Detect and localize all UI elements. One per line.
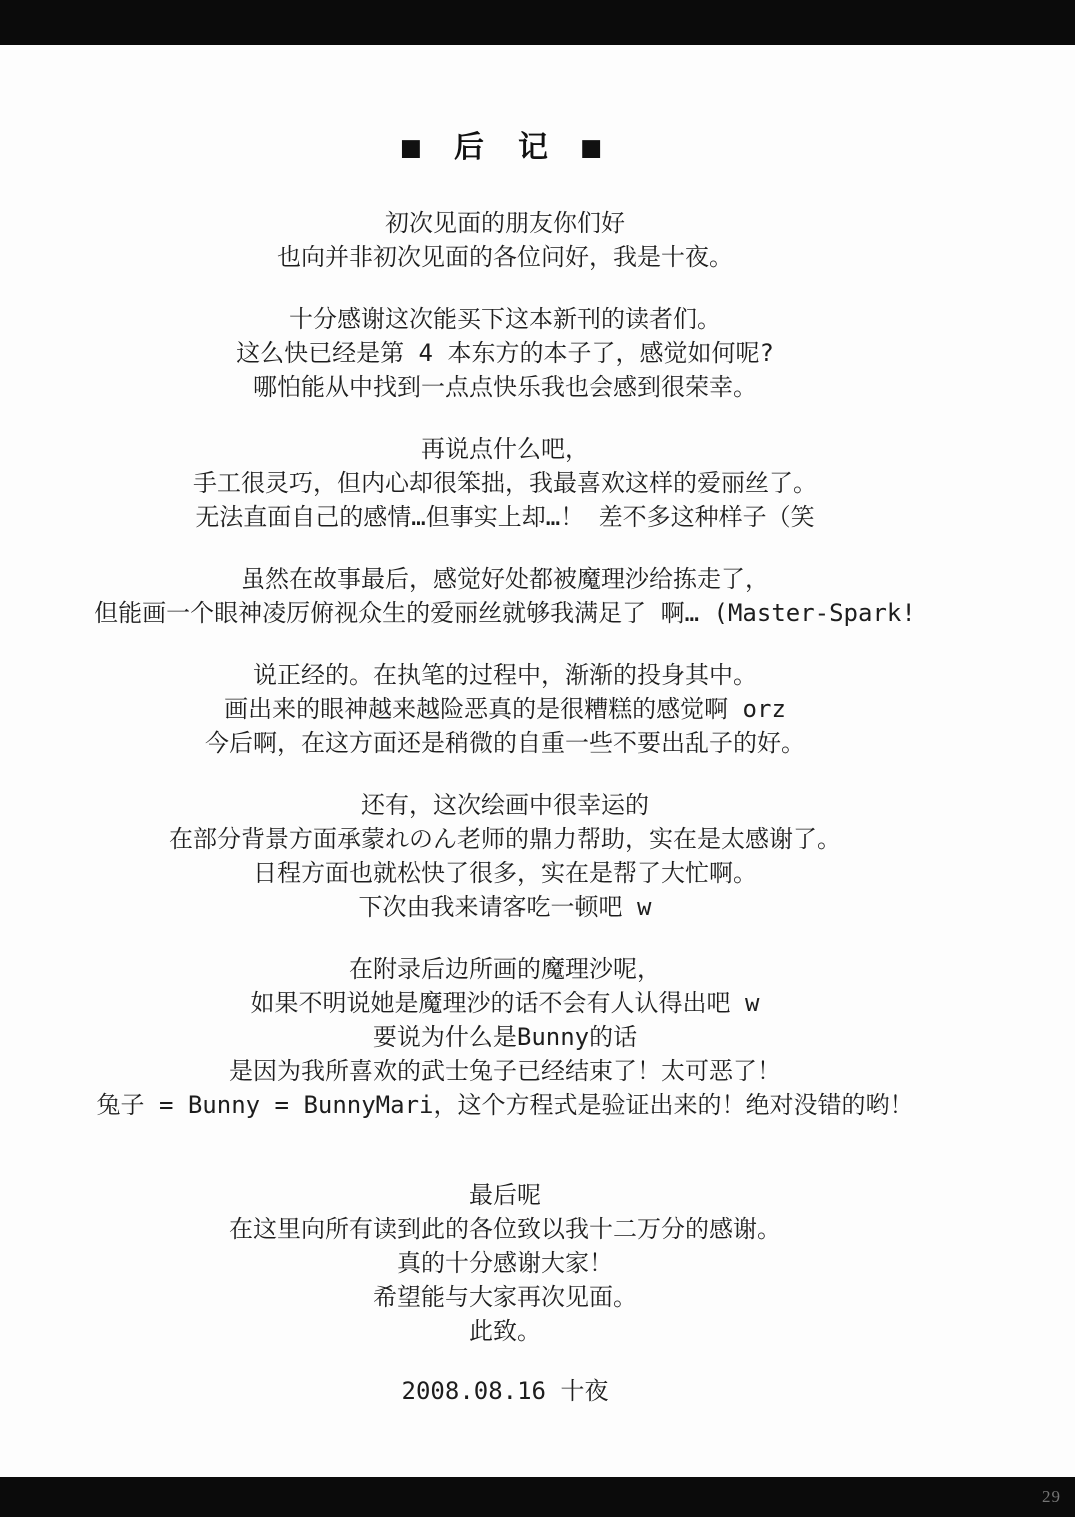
paragraph-bunny: 在附录后边所画的魔理沙呢， 如果不明说她是魔理沙的话不会有人认得出吧 w 要说为… <box>0 952 1010 1122</box>
paragraph-thanks: 十分感谢这次能买下这本新刊的读者们。 这么快已经是第 4 本东方的本子了，感觉如… <box>0 302 1010 404</box>
paragraph-farewell: 最后呢 在这里向所有读到此的各位致以我十二万分的感谢。 真的十分感谢大家！ 希望… <box>0 1178 1010 1348</box>
text-line: 再说点什么吧， <box>0 432 1010 466</box>
text-line: 初次见面的朋友你们好 <box>0 206 1010 240</box>
text-line: 手工很灵巧，但内心却很笨拙，我最喜欢这样的爱丽丝了。 <box>0 466 1010 500</box>
text-line: 真的十分感谢大家！ <box>0 1246 1010 1280</box>
text-line: 今后啊，在这方面还是稍微的自重一些不要出乱子的好。 <box>0 726 1010 760</box>
text-line: 在这里向所有读到此的各位致以我十二万分的感谢。 <box>0 1212 1010 1246</box>
text-line: 无法直面自己的感情…但事实上却…！ 差不多这种样子（笑 <box>0 500 1010 534</box>
text-line: 兔子 = Bunny = BunnyMari，这个方程式是验证出来的！绝对没错的… <box>0 1088 1010 1122</box>
text-line: 此致。 <box>0 1314 1010 1348</box>
text-line: 十分感谢这次能买下这本新刊的读者们。 <box>0 302 1010 336</box>
text-line: 希望能与大家再次见面。 <box>0 1280 1010 1314</box>
afterword-text-block: ■ 后 记 ■ 初次见面的朋友你们好 也向并非初次见面的各位问好，我是十夜。 十… <box>0 128 1010 1408</box>
scanned-afterword-page: ■ 后 记 ■ 初次见面的朋友你们好 也向并非初次见面的各位问好，我是十夜。 十… <box>0 0 1075 1517</box>
paragraph-greeting: 初次见面的朋友你们好 也向并非初次见面的各位问好，我是十夜。 <box>0 206 1010 274</box>
paragraph-serious: 说正经的。在执笔的过程中，渐渐的投身其中。 画出来的眼神越来越险恶真的是很糟糕的… <box>0 658 1010 760</box>
paragraph-background-help: 还有，这次绘画中很幸运的 在部分背景方面承蒙れのん老师的鼎力帮助，实在是太感谢了… <box>0 788 1010 924</box>
text-line: 画出来的眼神越来越险恶真的是很糟糕的感觉啊 orz <box>0 692 1010 726</box>
text-line: 也向并非初次见面的各位问好，我是十夜。 <box>0 240 1010 274</box>
text-line: 是因为我所喜欢的武士兔子已经结束了！太可恶了！ <box>0 1054 1010 1088</box>
text-line: 哪怕能从中找到一点点快乐我也会感到很荣幸。 <box>0 370 1010 404</box>
page-number: 29 <box>1042 1487 1061 1507</box>
text-line: 日程方面也就松快了很多，实在是帮了大忙啊。 <box>0 856 1010 890</box>
text-line: 在部分背景方面承蒙れのん老师的鼎力帮助，实在是太感谢了。 <box>0 822 1010 856</box>
text-line: 如果不明说她是魔理沙的话不会有人认得出吧 w <box>0 986 1010 1020</box>
paragraph-story-end: 虽然在故事最后，感觉好处都被魔理沙给拣走了， 但能画一个眼神凌厉俯视众生的爱丽丝… <box>0 562 1010 630</box>
text-line: 下次由我来请客吃一顿吧 w <box>0 890 1010 924</box>
signature-date-line: 2008.08.16 十夜 <box>0 1374 1010 1408</box>
text-line: 但能画一个眼神凌厉俯视众生的爱丽丝就够我满足了 啊… (Master-Spark… <box>0 596 1010 630</box>
paragraph-alice: 再说点什么吧， 手工很灵巧，但内心却很笨拙，我最喜欢这样的爱丽丝了。 无法直面自… <box>0 432 1010 534</box>
text-line: 这么快已经是第 4 本东方的本子了，感觉如何呢? <box>0 336 1010 370</box>
text-line: 说正经的。在执笔的过程中，渐渐的投身其中。 <box>0 658 1010 692</box>
text-line: 还有，这次绘画中很幸运的 <box>0 788 1010 822</box>
bottom-border-band: 29 <box>0 1477 1075 1517</box>
page-title: ■ 后 记 ■ <box>0 128 1010 168</box>
top-border-band <box>0 0 1075 45</box>
text-line: 最后呢 <box>0 1178 1010 1212</box>
text-line: 要说为什么是Bunny的话 <box>0 1020 1010 1054</box>
text-line: 虽然在故事最后，感觉好处都被魔理沙给拣走了， <box>0 562 1010 596</box>
text-line: 在附录后边所画的魔理沙呢， <box>0 952 1010 986</box>
